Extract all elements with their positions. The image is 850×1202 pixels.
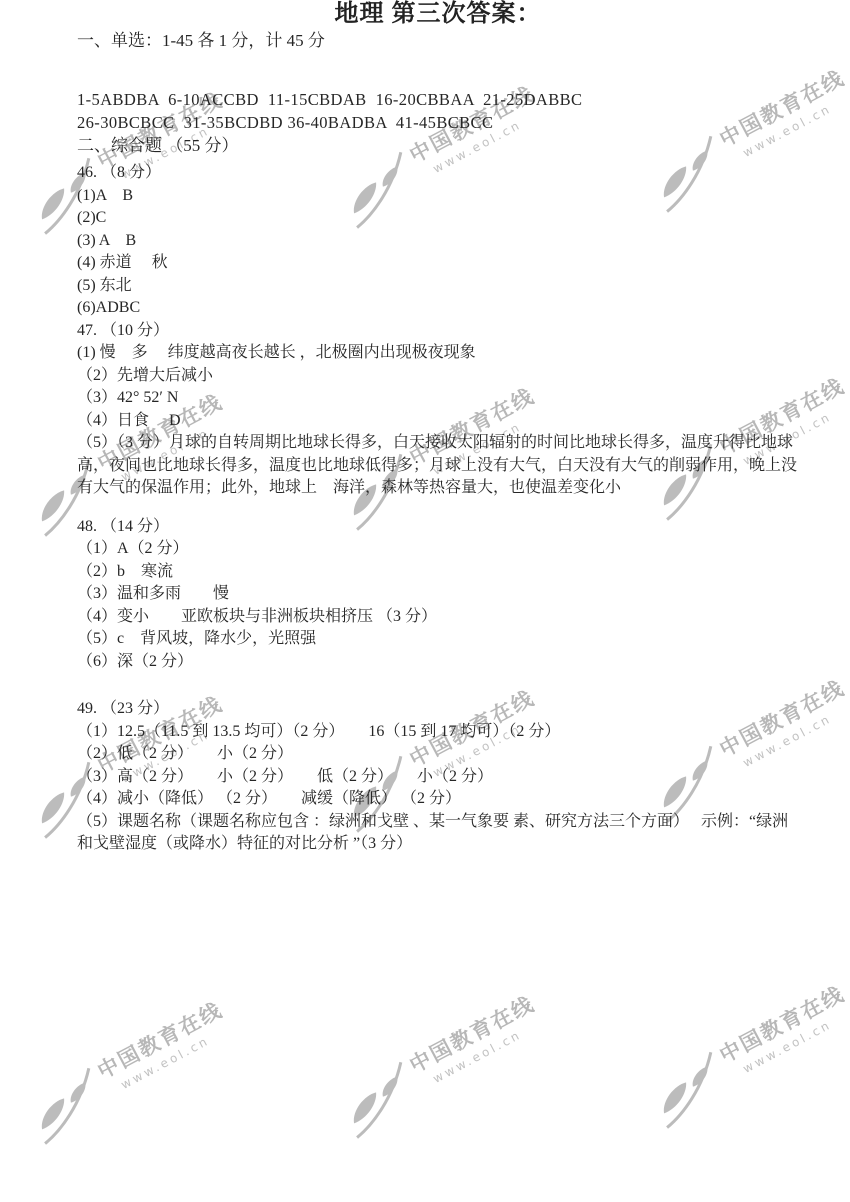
section-2-heading: 二、综合题 （55 分） [77,134,799,157]
answer-key-line: 26-30BCBCC 31-35BCDBD 36-40BADBA 41-45BC… [77,111,799,134]
answer-line: （4）日食 D [77,410,799,433]
question-heading: 48. （14 分） [77,516,799,539]
col-logo-icon [331,1056,425,1140]
question-49-block: 49. （23 分） （1）12.5（11.5 到 13.5 均可）（2 分） … [77,698,799,856]
answer-key-line: 1-5ABDBA 6-10ACCBD 11-15CBDAB 16-20CBBAA… [77,88,799,111]
answer-line: (6)ADBC [77,297,799,320]
watermark-tile: 中国教育在线 www.eol.cn [15,982,254,1154]
answer-line: (1) 慢 多 纬度越高夜长越长 ，北极圈内出现极夜现象 [77,342,799,365]
watermark-url: www.eol.cn [740,1005,850,1076]
answer-line: (3) A B [77,230,799,253]
answer-line: （4）变小 亚欧板块与非洲板块相挤压 （3 分） [77,606,799,629]
answer-line: （4）减小（降低） （2 分） 减缓（降低） （2 分） [77,788,799,811]
col-logo-icon [641,1046,735,1130]
question-46-block: 46. （8 分） (1)A B (2)C (3) A B (4) 赤道 秋 (… [77,162,799,320]
answer-line: （6）深（2 分） [77,651,799,674]
answer-sheet: 地理 第三次答案： 一、单选：1-45 各 1 分，计 45 分 1-5ABDB… [77,0,799,856]
answer-key-block: 1-5ABDBA 6-10ACCBD 11-15CBDAB 16-20CBBAA… [77,88,799,134]
answer-line: （3）42° 52′ N [77,387,799,410]
document-page: { "watermark": { "brand": "中国教育在线", "url… [0,0,850,1202]
col-logo-icon [19,1062,113,1146]
answer-line: （3）温和多雨 慢 [77,583,799,606]
watermark-text: 中国教育在线 www.eol.cn [713,978,850,1083]
answer-paragraph: （5）课题名称（课题名称应包含 ：绿洲和戈壁 、某一气象要 素、研究方法三个方面… [77,811,799,856]
answer-line: (1)A B [77,185,799,208]
watermark-url: www.eol.cn [118,1021,234,1092]
answer-line: （2）低（2 分） 小（2 分） [77,743,799,766]
watermark-brand: 中国教育在线 [91,994,227,1085]
answer-line: (5) 东北 [77,275,799,298]
watermark-tile: 中国教育在线 www.eol.cn [637,966,850,1138]
answer-line: （5）c 背风坡，降水少，光照强 [77,628,799,651]
question-heading: 46. （8 分） [77,162,799,185]
question-48-block: 48. （14 分） （1）A（2 分） （2）b 寒流 （3）温和多雨 慢 （… [77,516,799,674]
question-47-block: 47. （10 分） (1) 慢 多 纬度越高夜长越长 ，北极圈内出现极夜现象 … [77,320,799,500]
answer-line: (2)C [77,207,799,230]
watermark-brand: 中国教育在线 [403,988,539,1079]
answer-paragraph: （5）（3 分）月球的自转周期比地球长得多，白天接收太阳辐射的时间比地球长得多，… [77,432,799,500]
answer-line: （1）12.5（11.5 到 13.5 均可）（2 分） 16（15 到 17 … [77,721,799,744]
answer-line: （2）b 寒流 [77,561,799,584]
watermark-url: www.eol.cn [430,1015,546,1086]
page-title: 地理 第三次答案： [77,0,799,29]
answer-line: （3）高（2 分） 小（2 分） 低（2 分） 小（2 分） [77,766,799,789]
answer-line: (4) 赤道 秋 [77,252,799,275]
question-heading: 49. （23 分） [77,698,799,721]
question-heading: 47. （10 分） [77,320,799,343]
watermark-text: 中国教育在线 www.eol.cn [403,988,546,1093]
answer-line: （2）先增大后减小 [77,365,799,388]
watermark-brand: 中国教育在线 [713,978,849,1069]
watermark-tile: 中国教育在线 www.eol.cn [327,976,566,1148]
answer-line: （1）A（2 分） [77,538,799,561]
watermark-text: 中国教育在线 www.eol.cn [91,994,234,1099]
section-1-heading: 一、单选：1-45 各 1 分，计 45 分 [77,29,799,52]
